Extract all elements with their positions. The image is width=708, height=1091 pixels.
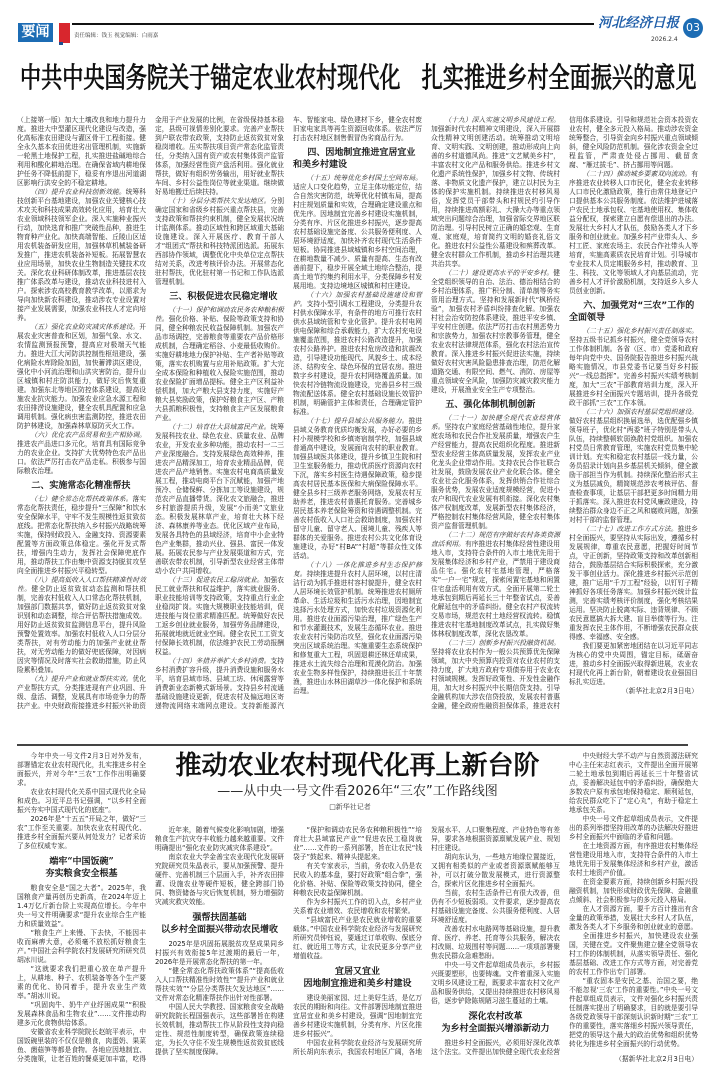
main-article-body: （上接第一版）加大土壤改良和地力提升力度。推进大中型灌区现代化建设与改造，强化高… xyxy=(17,116,698,711)
newspaper-logo: 河北经济日报 xyxy=(598,15,679,31)
paragraph-lead: （十二）培育壮大县域富民产业。 xyxy=(169,423,271,431)
secondary-article-side-column: 中央财经大学不动产与自然资源法研究中心主任宋志红表示，文件提出全面开展第二轮土地… xyxy=(569,752,698,1064)
subsection-heading-line: 端牢“中国饭碗” xyxy=(17,856,146,868)
subsection-heading-line: 夯实粮食安全根基 xyxy=(17,868,146,880)
paragraph-text: 在土地资源方面，有序推进农村集体经营性建设用地入市，支持符合条件的入市土地优先用… xyxy=(569,842,698,877)
paragraph-text: 健全防止返贫致贫动态监测和帮扶机制，完善农村低收入人口常态化帮扶机制，加强部门数… xyxy=(17,585,146,674)
paragraph-text: 强化价格、补贴、保险等政策支持和协同，健全种粮农民收益保障机制。加强农产品市场调… xyxy=(155,315,284,422)
paragraph: （二十二）规范有序做好农村各类资源盘活利用。有序推进农村集体经营性建设用地入市，… xyxy=(431,531,560,639)
section-heading: 二、实施常态化精准帮扶 xyxy=(17,480,146,492)
paragraph: （七）健全常态化帮扶政策体系。落实常态化帮扶责任，稳步提升“三保障”和饮水安全保… xyxy=(17,495,146,576)
paragraph-text: “粮食生产上来慢、下去快，不能因丰收而麻痹大意，必须毫不放松抓好粮食生产。”中国… xyxy=(17,929,146,964)
paragraph-lead: （十七）提升县域公共服务能力。 xyxy=(307,417,409,425)
section-heading: 六、加强党对“三农”工作的全面领导 xyxy=(569,300,698,324)
paragraph-lead: （六）优化农产品贸易和生产相协调。 xyxy=(31,431,147,439)
paragraph: （六）优化农产品贸易和生产相协调。推进农产品进口多元化，培育具有国际竞争力的农业… xyxy=(17,431,146,476)
paragraph-text: 粮食安全是“国之大者”。2025年，我国粮食产量再创历史新高，在2024年迈上1… xyxy=(17,884,146,928)
paragraph-text: 中央财经大学不动产与自然资源法研究中心主任宋志红表示，文件提出全面开展第二轮土地… xyxy=(569,752,698,814)
paragraph: “这就要求我们把重心放在单产提升上，从耕地、种子、农机装备等各个生产要素的优化、… xyxy=(17,965,146,1001)
paragraph-lead: （五）强化农业防灾减灾体系建设。 xyxy=(31,323,140,331)
paragraph: 南京农业大学金善宝农业现代化发展研究院研究员朱晶表示，要从加强预警、提升硬件、完… xyxy=(155,853,284,907)
paragraph-text: 在人才资源方面，要千方百计推出有含金量的政策举措，发展壮大乡村人才队伍，激发各类… xyxy=(569,905,698,931)
paragraph-text: 健全党组织领导的自治、法治、德治相结合的乡村治理体系，推广积分制、清单制等务实管… xyxy=(431,269,560,394)
subsection-heading: 宜居又宜业因地制宜推进和美乡村建设 xyxy=(293,966,422,990)
subsection-heading: 端牢“中国饭碗”夯实粮食安全根基 xyxy=(17,856,146,880)
paragraph: 有关专家表示，当前，务农收入仍是农民收入的基本盘，要打好政策“组合拳”，强化价格… xyxy=(293,862,422,898)
subsection-heading-line: 深化农村改革 xyxy=(431,1011,560,1023)
paragraph: 胡向东认为，一些地方地缘位置接近，又拥有相类似的产业或者资源禀赋能够互补，可以打… xyxy=(431,853,560,889)
paragraph-text: 在资金要素方面，持续创新乡村振兴投融资机制，加快形成财政优先保障、金融重点倾斜、… xyxy=(569,878,698,904)
paragraph-text: 分别确定国家和省级乡村振兴重点帮扶县，完善支持政策和帮扶约束机制，健全发展状况统… xyxy=(155,197,284,286)
subsection-heading-line: 以乡村全面振兴带动农民增收 xyxy=(155,924,284,936)
paragraph: （二十六）加强农村基层党组织建设。做好农村基层组织换届选举，选优配强乡镇领导班子… xyxy=(569,408,698,525)
paragraph: 在资金要素方面，持续创新乡村振兴投融资机制，加快形成财政优先保障、金融重点倾斜、… xyxy=(569,878,698,905)
paragraph-text: 2026年是“十五五”开局之年，做好“三农”工作至关重要。加快农业农村现代化、推… xyxy=(17,815,146,850)
paragraph-lead: （四）提升农业科技创新效能。 xyxy=(31,188,126,196)
paragraph: 粮食安全是“国之大者”。2025年，我国粮食产量再创历史新高，在2024年迈上1… xyxy=(17,884,146,929)
main-article-title: 中共中央国务院关于锚定农业农村现代化 扎实推进乡村全面振兴的意见 xyxy=(20,62,696,94)
paragraph-text: 统筹科技创新平台基地建设，加强农业关键核心技术攻关和科技成果高效转化应用，培育壮… xyxy=(17,188,146,322)
paragraph-lead: （二十五）强化乡村振兴责任制落实。 xyxy=(583,327,699,335)
paragraph: “重农固本是安民之基、治国之要，绝不能忽视‘三农’工作的重要性。”中央一号文件起… xyxy=(569,977,698,1049)
paragraph: 在人才资源方面，要千方百计推出有含金量的政策举措，发展壮大乡村人才队伍，激发各类… xyxy=(569,905,698,932)
paragraph-text: 农业农村现代化关系中国式现代化全局和成色。习近平总书记强调，“以乡村全面振兴夯实… xyxy=(17,788,146,814)
paragraph: “粮食生产上来慢、下去快，不能因丰收而麻痹大意，必须毫不放松抓好粮食生产。”中国… xyxy=(17,929,146,965)
header-rule xyxy=(72,23,594,25)
paragraph: 当前，农村生活条件已有很大改善，但仍有不少短板弱项。文件要求，逐步提高农村基础设… xyxy=(431,889,560,925)
subsection-heading-line: 为乡村全面振兴增添新动力 xyxy=(431,1023,560,1035)
paragraph: 安徽省农业科学院院长赵皖平表示，中国饭碗里装的不仅仅是粮食，肉蛋奶、果菜鱼、菌菇… xyxy=(17,1028,146,1064)
paragraph-text: 安徽省农业科学院院长赵皖平表示，中国饭碗里装的不仅仅是粮食，肉蛋奶、果菜鱼、菌菇… xyxy=(17,1028,146,1064)
paragraph: （二十五）强化乡村振兴责任制落实。坚持五级书记抓乡村振兴，健全党领导农村工作体制… xyxy=(569,327,698,408)
dateline-signoff: （据新华社北京2月3日电） xyxy=(569,1055,698,1064)
paragraph: “保护和调动农民务农种粮积极性”“培育壮大县域富民产业”“促进农民工稳岗就业”…… xyxy=(293,826,422,862)
paragraph-text: 近年来，随着气候变化影响加剧，增强粮食生产抗灾夺丰收能力越来越重要。文件明确提出… xyxy=(155,826,284,852)
subsection-heading: 深化农村改革为乡村全面振兴增添新动力 xyxy=(431,1011,560,1035)
section-heading: 五、强化体制机制创新 xyxy=(431,399,560,411)
paragraph: 中国人民大学教授、国家粮食安全战略研究院院长程国强表示，这些部署旨在构建长效机制… xyxy=(155,1003,284,1057)
paragraph-lead: （九）提升产业和就业帮扶实效。 xyxy=(31,675,133,683)
paragraph: （五）强化农业防灾减灾体系建设。开展农业灾害普查和区划，加强气象、水文、农情监测… xyxy=(17,323,146,431)
subsection-heading-line: 因地制宜推进和美乡村建设 xyxy=(293,978,422,990)
paragraph: （二十四）推动城乡要素双向流动。有序推进农业转移人口市民化，健全农业转移人口市民… xyxy=(569,170,698,296)
paragraph-text: 胡向东认为，一些地方地缘位置接近，又拥有相类似的产业或者资源禀赋能够互补，可以打… xyxy=(431,853,560,888)
paragraph-lead: （二十四）推动城乡要素双向流动。 xyxy=(583,170,692,178)
paragraph-text: 有序推进农业转移人口市民化，健全农业转移人口市民化激励政策，推行由常住地登记户口… xyxy=(569,170,698,295)
paragraph-text: 推进县域义务教育优质均衡发展，办好必要的乡村小规模学校和乡镇寄宿制学校，加强县域… xyxy=(293,417,422,560)
paragraph: 2025年是巩固拓展脱贫攻坚成果同乡村振兴有效衔接5年过渡期的最后一年，2026… xyxy=(155,940,284,967)
paragraph: 中央一号文件起草组成员表示，文件提出的系列举措坚持用改革的办法解决好推进乡村全面… xyxy=(569,815,698,842)
paragraph-lead: （十五）统筹优化乡村国土空间布局。 xyxy=(307,174,423,182)
paragraph: （十七）提升县域公共服务能力。推进县域义务教育优质均衡发展，办好必要的乡村小规模… xyxy=(293,417,422,561)
paragraph: 全面推进乡村振兴，加快建设农业强国，关键在党。文件聚焦建立健全党领导农村工作的体… xyxy=(569,932,698,977)
paragraph: （十二）培育壮大县域富民产业。统筹发展科技农业、绿色农业、质量农业、品牌农业，开… xyxy=(155,423,284,576)
secondary-article-intro-column: 今年中央一号文件2月3日对外发布，部署锚定农业农村现代化，扎实推进乡村全面振兴，… xyxy=(17,752,146,1064)
paragraph-text: “重农固本是安民之基、治国之要，绝不能忽视‘三农’工作的重要性。”中央一号文件起… xyxy=(569,977,698,1048)
subsection-heading-line: 宜居又宜业 xyxy=(293,966,422,978)
secondary-article-byline: □新华社记者 xyxy=(155,803,545,812)
paragraph-text: 做好农村基层组织换届选举，选优配强乡镇领导班子，优化村“两委”班子特别是带头人队… xyxy=(569,417,698,524)
paragraph-lead: （七）健全常态化帮扶政策体系。 xyxy=(31,495,133,503)
bookmark-icon xyxy=(59,23,70,43)
paragraph: 中央财经大学不动产与自然资源法研究中心主任宋志红表示，文件提出全面开展第二轮土地… xyxy=(569,752,698,815)
paragraph: 建设美丽家园、过上美好生活，是亿万农民的期盼和向往。文件部署因地制宜推进宜居宜业… xyxy=(293,994,422,1039)
paragraph: （二十七）改进工作方式方法。推进乡村全面振兴，要坚持从实际出发，遵循乡村发展规律… xyxy=(569,525,698,642)
paragraph-text: 2025年是巩固拓展脱贫攻坚成果同乡村振兴有效衔接5年过渡期的最后一年，2026… xyxy=(155,940,284,966)
paragraph: 2026年是“十五五”开局之年，做好“三农”工作至关重要。加快农业农村现代化、推… xyxy=(17,815,146,851)
paragraph: 我们要更加紧密地团结在以习近平同志为核心的党中央周围，锚定目标，砥砺奋进，推动乡… xyxy=(569,642,698,687)
page-number-badge: 03 xyxy=(683,18,703,38)
paragraph-text: 建设美丽家园、过上美好生活，是亿万农民的期盼和向往。文件部署因地制宜推进宜居宜业… xyxy=(293,994,422,1038)
paragraph-text: 统筹发展科技农业、绿色农业、质量农业、品牌农业，开发农业多种功能，推动农村一二三… xyxy=(155,423,284,575)
section-heading: 四、因地制宜推进宜居宜业和美乡村建设 xyxy=(293,147,422,171)
paragraph: （十五）统筹优化乡村国土空间布局。适应人口变化趋势，立足主体功能定位，结合自然灾… xyxy=(293,174,422,291)
paragraph-text: “县域富民产业是农民就业增收的重要载体。”中国农业科学院农业经济与发展研究所研究… xyxy=(293,916,422,960)
paragraph: 农业农村现代化关系中国式现代化全局和成色。习近平总书记强调，“以乡村全面振兴夯实… xyxy=(17,788,146,815)
subsection-heading-line: 强帮扶固基础 xyxy=(155,912,284,924)
paragraph-lead: （二十六）加强农村基层党组织建设。 xyxy=(583,408,699,416)
secondary-article-title: 推动农业农村现代化再上新台阶 xyxy=(155,751,560,781)
article-divider xyxy=(17,744,688,746)
paragraph-text: 有关专家表示，当前，务农收入仍是农民收入的基本盘，要打好政策“组合拳”，强化价格… xyxy=(293,862,422,897)
secondary-article-subtitle: ——从中央一号文件看2026年“三农”工作路线图 xyxy=(155,784,560,800)
paragraph: （二十）建设更高水平的平安乡村。健全党组织领导的自治、法治、德治相结合的乡村治理… xyxy=(431,269,560,395)
paragraph-text: 南京农业大学金善宝农业现代化发展研究院研究员朱晶表示，要从加强预警、提升硬件、完… xyxy=(155,853,284,906)
paragraph-text: 有序推进农村集体经营性建设用地入市，支持符合条件的入市土地优先用于发展集体经济和… xyxy=(431,540,560,638)
paragraph-text: 今年中央一号文件2月3日对外发布，部署锚定农业农村现代化，扎实推进乡村全面振兴，… xyxy=(17,752,146,787)
paragraph-text: “巩固肉牛、奶牛产业纾困成果”“积极发展森林食品和生物农业”……文件推动构建多元… xyxy=(17,1001,146,1027)
paragraph: 在土地资源方面，有序推进农村集体经营性建设用地入市，支持符合条件的入市土地优先用… xyxy=(569,842,698,878)
paragraph: （十）分层分类帮扶欠发达地区。分别确定国家和省级乡村振兴重点帮扶县，完善支持政策… xyxy=(155,197,284,287)
paragraph-lead: （十三）促进农民工稳岗就业。 xyxy=(169,576,264,584)
paragraph-text: “这就要求我们把重心放在单产提升上，从耕地、种子、农机装备等各个生产要素的优化、… xyxy=(17,965,146,1000)
newspaper-page: 要闻 责任编辑：钱玉 视觉编辑：白雨嘉 河北经济日报 03 2026.2.4 中… xyxy=(0,0,708,1091)
paragraph: 近年来，随着气候变化影响加剧，增强粮食生产抗灾夺丰收能力越来越重要。文件明确提出… xyxy=(155,826,284,853)
paragraph-text: 改善农村水电路网等基础设施，提升教育、医疗、养老、托育等公共服务，解决农村改厕、… xyxy=(431,925,560,960)
paragraph-text: 我们要更加紧密地团结在以习近平同志为核心的党中央周围，锚定目标，砥砺奋进，推动乡… xyxy=(569,642,698,686)
paragraph: 改善农村水电路网等基础设施，提升教育、医疗、养老、托育等公共服务，解决农村改厕、… xyxy=(431,925,560,961)
paragraph: “巩固肉牛、奶牛产业纾困成果”“积极发展森林食品和生物农业”……文件推动构建多元… xyxy=(17,1001,146,1028)
paragraph: “县域富民产业是农民就业增收的重要载体。”中国农业科学院农业经济与发展研究所研究… xyxy=(293,916,422,961)
paragraph-text: “健全常态化帮扶政策体系”“提高低收入人口帮扶精准性时效性”“提升产业和就业帮扶… xyxy=(155,967,284,1002)
paragraph-text: 坚持五级书记抓乡村振兴，健全党领导农村工作体制机制。各省（区、市）党委和政府每年… xyxy=(569,336,698,407)
paragraph-text: “保护和调动农民务农种粮积极性”“培育壮大县域富民产业”“促进农民工稳岗就业”…… xyxy=(293,826,422,861)
issue-date: 2026.2.4 xyxy=(651,36,678,43)
paragraph: （十六）加强农村基础设施建设和管护。支持小型引调水工程建设，分类提升农村供水保障… xyxy=(293,291,422,417)
paragraph-text: 作为乡村振兴工作的切入点，乡村产业关系着农业增效、农民增收和农村繁荣。 xyxy=(293,898,422,915)
paragraph-text: 持续推进提升农村人居环境，以村庄清洁行动为抓手推进村容村貌提升，健全农村人居环境… xyxy=(293,570,422,695)
paragraph-text: 推进乡村全面振兴，要坚持从实际出发，遵循乡村发展规律，尊重农民意愿，把握好时间节… xyxy=(569,525,698,641)
paragraph: （十八）一体化推进乡村生态保护修复。持续推进提升农村人居环境，以村庄清洁行动为抓… xyxy=(293,561,422,696)
paragraph: 今年中央一号文件2月3日对外发布，部署锚定农业农村现代化，扎实推进乡村全面振兴，… xyxy=(17,752,146,788)
paragraph-lead: （十四）多措并举扩大乡村消费。 xyxy=(169,657,271,665)
paragraph: （十三）促进农民工稳岗就业。加强农民工就业帮扶和权益维护，落实就业服务、职业技能… xyxy=(155,576,284,657)
paragraph-lead: （二十）建设更高水平的平安乡村。 xyxy=(445,269,554,277)
paragraph: （八）提高低收入人口帮扶精准性时效性。健全防止返贫致贫动态监测和帮扶机制，完善农… xyxy=(17,576,146,675)
paragraph-text: 落实常态化帮扶责任，稳步提升“三保障”和饮水安全保障水平，守牢不发生规模性返贫致… xyxy=(17,495,146,575)
paragraph-text: 中央一号文件起草组成员表示，文件提出的系列举措坚持用改革的办法解决好推进乡村全面… xyxy=(569,815,698,841)
paragraph-text: 适应人口变化趋势，立足主体功能定位，结合自然灾害防范，统筹优化村镇布局，提高村庄… xyxy=(293,183,422,290)
paragraph: （十九）深入实施文明乡风建设工程。加强新时代农村精神文明建设，深入开展群众性精神… xyxy=(431,116,560,269)
paragraph-text: 加强新时代农村精神文明建设，深入开展群众性精神文明创建活动。统筹推动文明培育、文… xyxy=(431,125,560,268)
paragraph: （上接第一版）加大土壤改良和地力提升力度。推进大中型灌区现代化建设与改造，强化高… xyxy=(17,116,146,188)
paragraph: 中央一号文件起草组成员表示，乡村振兴既要塑形，也要铸魂。文件着重深入实施文明乡风… xyxy=(431,961,560,1006)
paragraph-lead: （十九）深入实施文明乡风建设工程。 xyxy=(445,116,561,124)
section-label-badge: 要闻 xyxy=(18,23,53,42)
paragraph-text: 支持小型引调水工程建设，分类提升农村供水保障水平，有条件的地方可推行农村供水县域… xyxy=(293,300,422,416)
paragraph: “健全常态化帮扶政策体系”“提高低收入人口帮扶精准性时效性”“提升产业和就业帮扶… xyxy=(155,967,284,1003)
paragraph-text: 当前，农村生活条件已有很大改善，但仍有不少短板弱项。文件要求，逐步提高农村基础设… xyxy=(431,889,560,924)
paragraph-text: 中央一号文件起草组成员表示，乡村振兴既要塑形，也要铸魂。文件着重深入实施文明乡风… xyxy=(431,961,560,1005)
subsection-heading: 强帮扶固基础以乡村全面振兴带动农民增收 xyxy=(155,912,284,936)
paragraph-text: 中国人民大学教授、国家粮食安全战略研究院院长程国强表示，这些部署旨在构建长效机制… xyxy=(155,1003,284,1056)
paragraph-text: 全面推进乡村振兴，加快建设农业强国，关键在党。文件聚焦建立健全党领导农村工作的体… xyxy=(569,932,698,976)
paragraph-lead: （十）分层分类帮扶欠发达地区。 xyxy=(169,197,271,205)
side-column-text: 中央财经大学不动产与自然资源法研究中心主任宋志红表示，文件提出全面开展第二轮土地… xyxy=(569,752,698,1055)
paragraph-lead: （二十七）改进工作方式方法。 xyxy=(583,525,678,533)
paragraph-text: 开展农业灾害普查和区划，加强气象、水文、农情监测预报预警，提高应对极端天气能力。… xyxy=(17,323,146,430)
paragraph: 作为乡村振兴工作的切入点，乡村产业关系着农业增效、农民增收和农村繁荣。 xyxy=(293,898,422,916)
paragraph-text: 坚持农户家庭经营基础性地位，提升家庭农场和农民合作社发展质量，增强农户生产经营能… xyxy=(431,423,560,530)
dateline-signoff: （新华社北京2月3日电） xyxy=(569,687,698,696)
paragraph-text: 加强农民工就业帮扶和权益维护，落实就业服务、职业技能培训等支持政策，支持重点行业… xyxy=(155,576,284,656)
paragraph-text: （上接第一版）加大土壤改良和地力提升力度。推进大中型灌区现代化建设与改造，强化高… xyxy=(17,116,146,187)
section-heading: 三、积极促进农民稳定增收 xyxy=(155,291,284,303)
paragraph: （十一）保护和调动农民务农种粮积极性。强化价格、补贴、保险等政策支持和协同，健全… xyxy=(155,306,284,423)
paragraph: （四）提升农业科技创新效能。统筹科技创新平台基地建设，加强农业关键核心技术攻关和… xyxy=(17,188,146,323)
paragraph: （二十一）加快健全现代农业经营体系。坚持农户家庭经营基础性地位，提升家庭农场和农… xyxy=(431,414,560,531)
paragraph-text: 推进农产品进口多元化，培育具有国际竞争力的农业企业。支持扩大优势特色农产品出口。… xyxy=(17,440,146,475)
secondary-article-body: 近年来，随着气候变化影响加剧，增强粮食生产抗灾夺丰收能力越来越重要。文件明确提出… xyxy=(155,826,560,1064)
editor-credits: 责任编辑：钱玉 视觉编辑：白雨嘉 xyxy=(74,33,158,40)
paragraph-lead: （二十三）创新乡村振兴投融资机制。 xyxy=(445,639,561,647)
